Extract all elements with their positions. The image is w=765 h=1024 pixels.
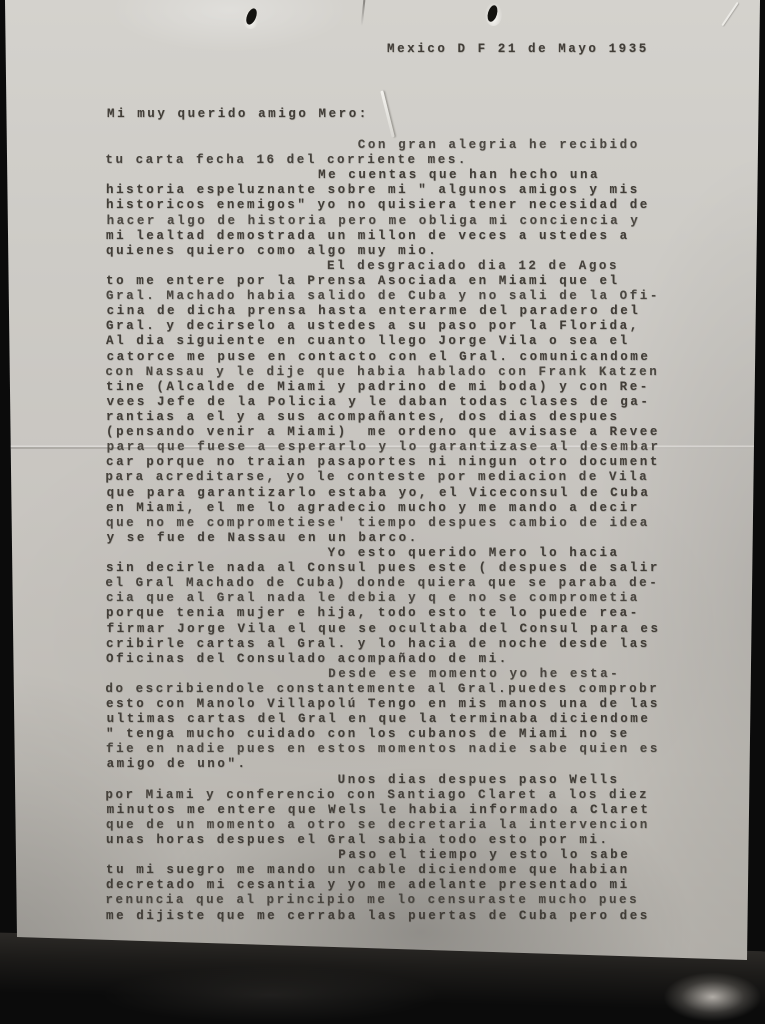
letter-line: rantias a el y a sus acompañantes, dos d… [106, 410, 706, 425]
letter-line: para que fuese a esperarlo y lo garantiz… [107, 440, 707, 455]
letter-line: amigo de uno". [107, 757, 707, 772]
letter-line: que no me comprometiese' tiempo despues … [106, 516, 706, 531]
letter-line: por Miami y conferencio con Santiago Cla… [105, 788, 705, 803]
letter-line: Desde ese momento yo he esta- [107, 667, 707, 682]
letter-line: Me cuentas que han hecho una [107, 168, 707, 183]
letter-line: sin decirle nada al Consul pues este ( d… [106, 561, 706, 576]
letter-line: en Miami, el me lo agradecio mucho y me … [106, 501, 706, 516]
letter-line: que para garantizarlo estaba yo, el Vice… [107, 486, 707, 501]
letter-line: Gral. y decirselo a ustedes a su paso po… [106, 319, 706, 334]
letter-line: Gral. Machado habia salido de Cuba y no … [106, 289, 706, 304]
letter-body: Con gran alegria he recibidotu carta fec… [106, 138, 706, 924]
punch-hole-left [242, 6, 259, 29]
letter-line: do escribiendole constantemente al Gral.… [105, 682, 705, 697]
letter-line: " tenga mucho cuidado con los cubanos de… [106, 727, 706, 742]
fold-crease-top [361, 0, 366, 26]
letter-line: quienes quiero como algo muy mio. [106, 244, 706, 259]
letter-line: catorce me puse en contacto con el Gral.… [107, 350, 707, 365]
punch-hole-right [485, 3, 502, 26]
letter-line: car porque no traian pasaportes ni ningu… [106, 455, 706, 470]
letter-line: tine (Alcalde de Miami y padrino de mi b… [106, 380, 706, 395]
letter-line: (pensando venir a Miami) me ordeno que a… [106, 425, 706, 440]
letter-line: porque tenia mujer e hija, todo esto te … [106, 606, 706, 621]
letter-line: Al dia siguiente en cuanto llego Jorge V… [106, 334, 706, 349]
letter-page: Mexico D F 21 de Mayo 1935 Mi muy querid… [0, 0, 765, 1024]
letter-line: que de un momento a otro se decretaria l… [106, 818, 706, 833]
letter-line: para acreditarse, yo le conteste por med… [105, 470, 705, 485]
letter-line: y se fue de Nassau en un barco. [107, 531, 707, 546]
date-line: Mexico D F 21 de Mayo 1935 [387, 42, 649, 57]
letter-line: historia espeluznante sobre mi " algunos… [106, 183, 706, 198]
letter-line: cina de dicha prensa hasta enterarme del… [107, 304, 707, 319]
letter-line: fie en nadie pues en estos momentos nadi… [106, 742, 706, 757]
letter-line: Oficinas del Consulado acompañado de mi. [106, 652, 706, 667]
letter-line: me dijiste que me cerraba las puertas de… [106, 909, 706, 924]
letter-line: El desgraciado dia 12 de Agos [105, 259, 705, 274]
fabric-shadow [60, 960, 480, 1024]
letter-line: mi lealtad demostrada un millon de veces… [106, 229, 706, 244]
letter-line: Con gran alegria he recibido [106, 138, 706, 153]
fold-crease-top-right [721, 2, 738, 26]
letter-line: unas horas despues el Gral sabia todo es… [106, 833, 706, 848]
fold-crease-greeting [380, 90, 395, 137]
letter-line: Yo esto querido Mero lo hacia [106, 546, 706, 561]
letter-line: tu carta fecha 16 del corriente mes. [105, 153, 705, 168]
letter-line: to me entere por la Prensa Asociada en M… [106, 274, 706, 289]
letter-line: renuncia que al principio me lo censuras… [105, 893, 705, 908]
salutation: Mi muy querido amigo Mero: [107, 107, 369, 122]
letter-line: minutos me entere que Wels le habia info… [107, 803, 707, 818]
letter-line: Paso el tiempo y esto lo sabe [107, 848, 707, 863]
letter-line: esto con Manolo Villapolú Tengo en mis m… [106, 697, 706, 712]
letter-line: cribirle cartas al Gral. y lo hacia de n… [106, 637, 706, 652]
letter-line: con Nassau y le dije que habia hablado c… [105, 365, 705, 380]
fabric-highlight [655, 968, 765, 1024]
letter-line: tu mi suegro me mando un cable diciendom… [106, 863, 706, 878]
letter-line: vees Jefe de la Policia y le daban todas… [107, 395, 707, 410]
letter-line: decretado mi cesantia y yo me adelante p… [106, 878, 706, 893]
letter-line: Unos dias despues paso Wells [106, 773, 706, 788]
letter-line: historicos enemigos" yo no quisiera tene… [106, 198, 706, 213]
letter-line: hacer algo de historia pero me obliga mi… [107, 214, 707, 229]
letter-line: ultimas cartas del Gral en que la termin… [107, 712, 707, 727]
letter-line: firmar Jorge Vila el que se ocultaba del… [107, 622, 707, 637]
letter-line: el Gral Machado de Cuba) donde quiera qu… [105, 576, 705, 591]
letter-line: cia que al Gral nada le debia y q e no s… [106, 591, 706, 606]
photo-background: Mexico D F 21 de Mayo 1935 Mi muy querid… [0, 0, 765, 1024]
